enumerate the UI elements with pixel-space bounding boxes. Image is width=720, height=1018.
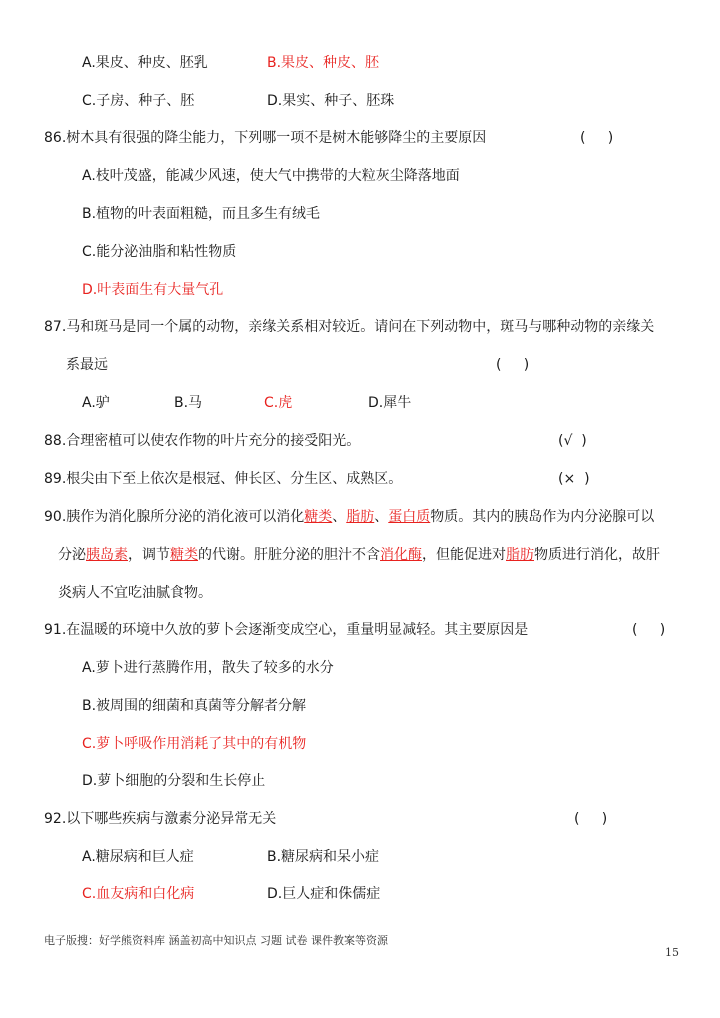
q86-option-d-answer: D.叶表面生有大量气孔 — [82, 280, 223, 300]
blank-answer: 蛋白质 — [388, 509, 430, 525]
q86-answer-blank: ( ) — [580, 128, 613, 148]
blank-answer: 脂肪 — [346, 509, 374, 525]
blank-answer: 糖类 — [170, 547, 198, 563]
text: ，但能促进对 — [422, 547, 506, 563]
q91-option-d: D.萝卜细胞的分裂和生长停止 — [82, 771, 265, 791]
q87-answer-blank: ( ) — [496, 355, 529, 375]
q91-answer-blank: ( ) — [632, 620, 665, 640]
q92-option-a: A.糖尿病和巨人症 — [82, 847, 194, 867]
q85-option-d: D.果实、种子、胚珠 — [267, 91, 394, 111]
text: ，调节 — [128, 547, 170, 563]
q91-option-b: B.被周围的细菌和真菌等分解者分解 — [82, 696, 306, 716]
q86-option-b: B.植物的叶表面粗糙，而且多生有绒毛 — [82, 204, 320, 224]
q90-line2: 分泌胰岛素，调节糖类的代谢。肝脏分泌的胆汁不含消化酶，但能促进对脂肪物质进行消化… — [58, 545, 660, 565]
q86-option-a: A.枝叶茂盛，能减少风速，使大气中携带的大粒灰尘降落地面 — [82, 166, 460, 186]
q89-stem: 89.根尖由下至上依次是根冠、伸长区、分生区、成熟区。 — [44, 469, 402, 489]
q88-answer-check: (√ ) — [558, 431, 587, 451]
q91-option-c-answer: C.萝卜呼吸作用消耗了其中的有机物 — [82, 734, 306, 754]
footer-note: 电子版搜：好学熊资料库 涵盖初高中知识点 习题 试卷 课件教案等资源 — [44, 932, 388, 948]
q86-stem: 86.树木具有很强的降尘能力，下列哪一项不是树木能够降尘的主要原因 — [44, 128, 486, 148]
q87-stem-line2: 系最远 — [66, 355, 108, 375]
q87-option-d: D.犀牛 — [368, 393, 411, 413]
q90-line3: 炎病人不宜吃油腻食物。 — [58, 583, 212, 603]
text: 的代谢。肝脏分泌的胆汁不含 — [198, 547, 380, 563]
q88-stem: 88.合理密植可以使农作物的叶片充分的接受阳光。 — [44, 431, 360, 451]
q92-option-d: D.巨人症和侏儒症 — [267, 884, 380, 904]
q91-stem: 91.在温暖的环境中久放的萝卜会逐渐变成空心，重量明显减轻。其主要原因是 — [44, 620, 528, 640]
q91-option-a: A.萝卜进行蒸腾作用，散失了较多的水分 — [82, 658, 334, 678]
q89-answer-cross: (× ) — [558, 469, 590, 489]
q85-option-c: C.子房、种子、胚 — [82, 91, 194, 111]
text: 、 — [374, 509, 388, 525]
blank-answer: 脂肪 — [506, 547, 534, 563]
text: 物质。其内的胰岛作为内分泌腺可以 — [430, 509, 654, 525]
q85-option-b-answer: B.果皮、种皮、胚 — [267, 53, 379, 73]
q92-option-b: B.糖尿病和呆小症 — [267, 847, 379, 867]
blank-answer: 消化酶 — [380, 547, 422, 563]
q87-stem-line1: 87.马和斑马是同一个属的动物，亲缘关系相对较近。请问在下列动物中，斑马与哪种动… — [44, 317, 654, 337]
q85-option-a: A.果皮、种皮、胚乳 — [82, 53, 208, 73]
text: 物质进行消化，故肝 — [534, 547, 660, 563]
text: 、 — [332, 509, 346, 525]
q87-option-a: A.驴 — [82, 393, 110, 413]
text: 90.胰作为消化腺所分泌的消化液可以消化 — [44, 509, 304, 525]
q87-option-b: B.马 — [174, 393, 202, 413]
blank-answer: 糖类 — [304, 509, 332, 525]
q92-answer-blank: ( ) — [574, 809, 607, 829]
page-number: 15 — [665, 946, 679, 959]
q90-line1: 90.胰作为消化腺所分泌的消化液可以消化糖类、脂肪、蛋白质物质。其内的胰岛作为内… — [44, 507, 654, 527]
q92-stem: 92.以下哪些疾病与激素分泌异常无关 — [44, 809, 276, 829]
q86-option-c: C.能分泌油脂和粘性物质 — [82, 242, 236, 262]
q87-option-c-answer: C.虎 — [264, 393, 292, 413]
q92-option-c-answer: C.血友病和白化病 — [82, 884, 194, 904]
blank-answer: 胰岛素 — [86, 547, 128, 563]
text: 分泌 — [58, 547, 86, 563]
